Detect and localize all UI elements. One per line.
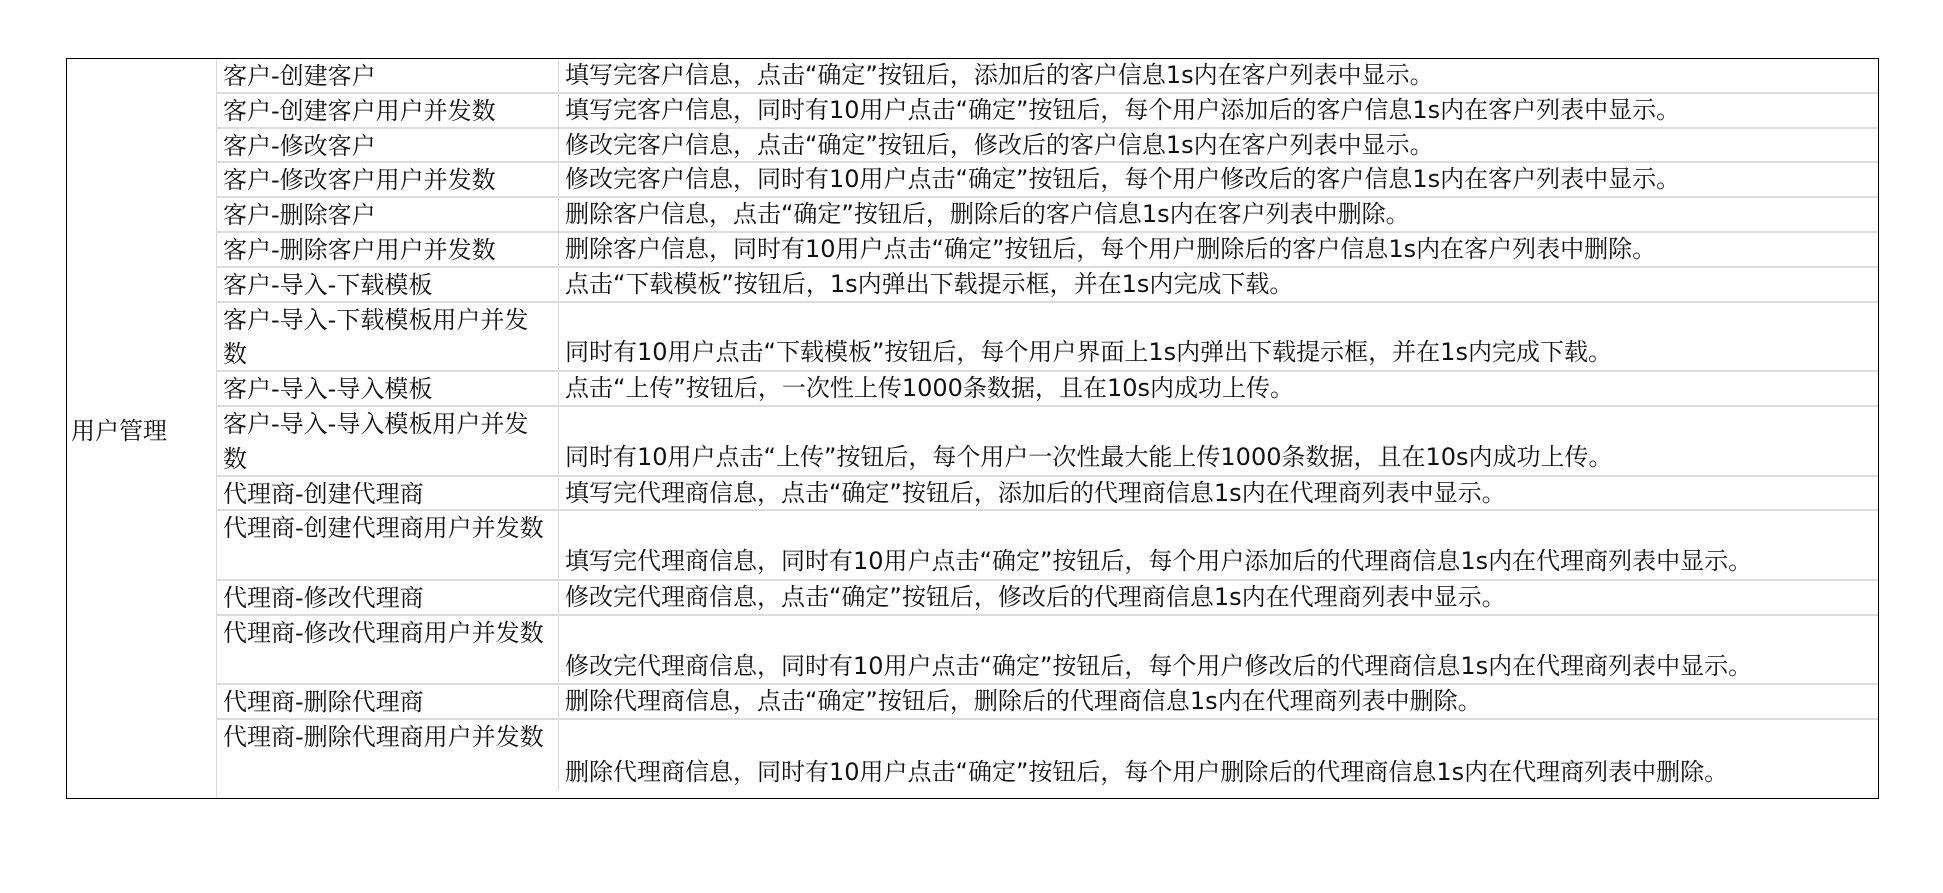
requirements-table: 用户管理 客户-创建客户 填写完客户信息，点击“确定”按钮后，添加后的客户信息1…	[66, 58, 1879, 799]
table-row: 客户-创建客户用户并发数 填写完客户信息，同时有10用户点击“确定”按钮后，每个…	[217, 94, 1878, 129]
requirement-text: 填写完客户信息，同时有10用户点击“确定”按钮后，每个用户添加后的客户信息1s内…	[565, 94, 1680, 127]
requirement-text: 填写完代理商信息，点击“确定”按钮后，添加后的代理商信息1s内在代理商列表中显示…	[565, 477, 1506, 510]
feature-cell[interactable]: 客户-导入-下载模板用户并发数	[217, 303, 559, 371]
requirement-cell[interactable]: 删除客户信息，点击“确定”按钮后，删除后的客户信息1s内在客户列表中删除。	[559, 198, 1878, 231]
feature-cell[interactable]: 客户-导入-下载模板	[217, 268, 559, 301]
table-row: 客户-修改客户用户并发数 修改完客户信息，同时有10用户点击“确定”按钮后，每个…	[217, 163, 1878, 198]
requirement-text: 修改完代理商信息，点击“确定”按钮后，修改后的代理商信息1s内在代理商列表中显示…	[565, 581, 1506, 614]
requirement-cell[interactable]: 填写完代理商信息，同时有10用户点击“确定”按钮后，每个用户添加后的代理商信息1…	[559, 511, 1878, 579]
requirement-cell[interactable]: 修改完客户信息，同时有10用户点击“确定”按钮后，每个用户修改后的客户信息1s内…	[559, 163, 1878, 196]
requirement-cell[interactable]: 删除客户信息，同时有10用户点击“确定”按钮后，每个用户删除后的客户信息1s内在…	[559, 233, 1878, 266]
requirement-text: 同时有10用户点击“下载模板”按钮后，每个用户界面上1s内弹出下载提示框，并在1…	[565, 335, 1612, 370]
requirement-text: 修改完客户信息，同时有10用户点击“确定”按钮后，每个用户修改后的客户信息1s内…	[565, 163, 1680, 196]
table-row: 客户-导入-导入模板 点击“上传”按钮后，一次性上传1000条数据，且在10s内…	[217, 372, 1878, 407]
feature-cell[interactable]: 客户-导入-导入模板	[217, 372, 559, 405]
feature-cell[interactable]: 代理商-删除代理商用户并发数	[217, 720, 559, 790]
requirement-text: 删除代理商信息，同时有10用户点击“确定”按钮后，每个用户删除后的代理商信息1s…	[565, 755, 1728, 790]
requirement-text: 点击“上传”按钮后，一次性上传1000条数据，且在10s内成功上传。	[565, 372, 1294, 405]
requirement-cell[interactable]: 填写完代理商信息，点击“确定”按钮后，添加后的代理商信息1s内在代理商列表中显示…	[559, 477, 1878, 510]
requirement-cell[interactable]: 修改完代理商信息，同时有10用户点击“确定”按钮后，每个用户修改后的代理商信息1…	[559, 616, 1878, 684]
feature-cell[interactable]: 代理商-修改代理商	[217, 581, 559, 614]
table-row: 代理商-删除代理商 删除代理商信息，点击“确定”按钮后，删除后的代理商信息1s内…	[217, 685, 1878, 720]
table-row: 代理商-创建代理商 填写完代理商信息，点击“确定”按钮后，添加后的代理商信息1s…	[217, 477, 1878, 512]
feature-cell[interactable]: 代理商-创建代理商	[217, 477, 559, 510]
table-rows: 客户-创建客户 填写完客户信息，点击“确定”按钮后，添加后的客户信息1s内在客户…	[217, 59, 1878, 790]
requirement-cell[interactable]: 同时有10用户点击“下载模板”按钮后，每个用户界面上1s内弹出下载提示框，并在1…	[559, 303, 1878, 371]
requirement-text: 修改完代理商信息，同时有10用户点击“确定”按钮后，每个用户修改后的代理商信息1…	[565, 649, 1752, 684]
requirement-cell[interactable]: 点击“上传”按钮后，一次性上传1000条数据，且在10s内成功上传。	[559, 372, 1878, 405]
feature-cell[interactable]: 客户-删除客户	[217, 198, 559, 231]
feature-cell[interactable]: 代理商-删除代理商	[217, 685, 559, 718]
table-row: 客户-删除客户 删除客户信息，点击“确定”按钮后，删除后的客户信息1s内在客户列…	[217, 198, 1878, 233]
table-row: 客户-删除客户用户并发数 删除客户信息，同时有10用户点击“确定”按钮后，每个用…	[217, 233, 1878, 268]
requirement-text: 删除客户信息，同时有10用户点击“确定”按钮后，每个用户删除后的客户信息1s内在…	[565, 233, 1656, 266]
requirement-cell[interactable]: 修改完代理商信息，点击“确定”按钮后，修改后的代理商信息1s内在代理商列表中显示…	[559, 581, 1878, 614]
requirement-cell[interactable]: 同时有10用户点击“上传”按钮后，每个用户一次性最大能上传1000条数据，且在1…	[559, 407, 1878, 475]
table-row: 代理商-删除代理商用户并发数 删除代理商信息，同时有10用户点击“确定”按钮后，…	[217, 720, 1878, 790]
requirement-cell[interactable]: 填写完客户信息，点击“确定”按钮后，添加后的客户信息1s内在客户列表中显示。	[559, 59, 1878, 92]
feature-cell[interactable]: 客户-创建客户用户并发数	[217, 94, 559, 127]
table-row: 客户-导入-下载模板 点击“下载模板”按钮后，1s内弹出下载提示框，并在1s内完…	[217, 268, 1878, 303]
requirement-text: 填写完代理商信息，同时有10用户点击“确定”按钮后，每个用户添加后的代理商信息1…	[565, 544, 1752, 579]
table-row: 客户-创建客户 填写完客户信息，点击“确定”按钮后，添加后的客户信息1s内在客户…	[217, 59, 1878, 94]
table-row: 客户-修改客户 修改完客户信息，点击“确定”按钮后，修改后的客户信息1s内在客户…	[217, 129, 1878, 164]
feature-cell[interactable]: 客户-修改客户	[217, 129, 559, 162]
table-row: 代理商-创建代理商用户并发数 填写完代理商信息，同时有10用户点击“确定”按钮后…	[217, 511, 1878, 581]
feature-cell[interactable]: 客户-创建客户	[217, 59, 559, 92]
requirement-text: 点击“下载模板”按钮后，1s内弹出下载提示框，并在1s内完成下载。	[565, 268, 1293, 301]
requirement-cell[interactable]: 点击“下载模板”按钮后，1s内弹出下载提示框，并在1s内完成下载。	[559, 268, 1878, 301]
requirement-cell[interactable]: 填写完客户信息，同时有10用户点击“确定”按钮后，每个用户添加后的客户信息1s内…	[559, 94, 1878, 127]
feature-cell[interactable]: 代理商-创建代理商用户并发数	[217, 511, 559, 579]
feature-cell[interactable]: 客户-删除客户用户并发数	[217, 233, 559, 266]
group-cell-user-management[interactable]: 用户管理	[67, 59, 217, 798]
requirement-text: 填写完客户信息，点击“确定”按钮后，添加后的客户信息1s内在客户列表中显示。	[565, 59, 1434, 92]
table-row: 代理商-修改代理商用户并发数 修改完代理商信息，同时有10用户点击“确定”按钮后…	[217, 616, 1878, 686]
requirement-text: 删除客户信息，点击“确定”按钮后，删除后的客户信息1s内在客户列表中删除。	[565, 198, 1410, 231]
requirement-text: 修改完客户信息，点击“确定”按钮后，修改后的客户信息1s内在客户列表中显示。	[565, 129, 1434, 162]
requirement-text: 删除代理商信息，点击“确定”按钮后，删除后的代理商信息1s内在代理商列表中删除。	[565, 685, 1482, 718]
table-row: 客户-导入-下载模板用户并发数 同时有10用户点击“下载模板”按钮后，每个用户界…	[217, 303, 1878, 373]
table-row: 客户-导入-导入模板用户并发数 同时有10用户点击“上传”按钮后，每个用户一次性…	[217, 407, 1878, 477]
requirement-text: 同时有10用户点击“上传”按钮后，每个用户一次性最大能上传1000条数据，且在1…	[565, 440, 1613, 475]
requirement-cell[interactable]: 修改完客户信息，点击“确定”按钮后，修改后的客户信息1s内在客户列表中显示。	[559, 129, 1878, 162]
feature-cell[interactable]: 客户-导入-导入模板用户并发数	[217, 407, 559, 475]
requirement-cell[interactable]: 删除代理商信息，点击“确定”按钮后，删除后的代理商信息1s内在代理商列表中删除。	[559, 685, 1878, 718]
requirement-cell[interactable]: 删除代理商信息，同时有10用户点击“确定”按钮后，每个用户删除后的代理商信息1s…	[559, 720, 1878, 790]
feature-cell[interactable]: 代理商-修改代理商用户并发数	[217, 616, 559, 684]
table-row: 代理商-修改代理商 修改完代理商信息，点击“确定”按钮后，修改后的代理商信息1s…	[217, 581, 1878, 616]
feature-cell[interactable]: 客户-修改客户用户并发数	[217, 163, 559, 196]
